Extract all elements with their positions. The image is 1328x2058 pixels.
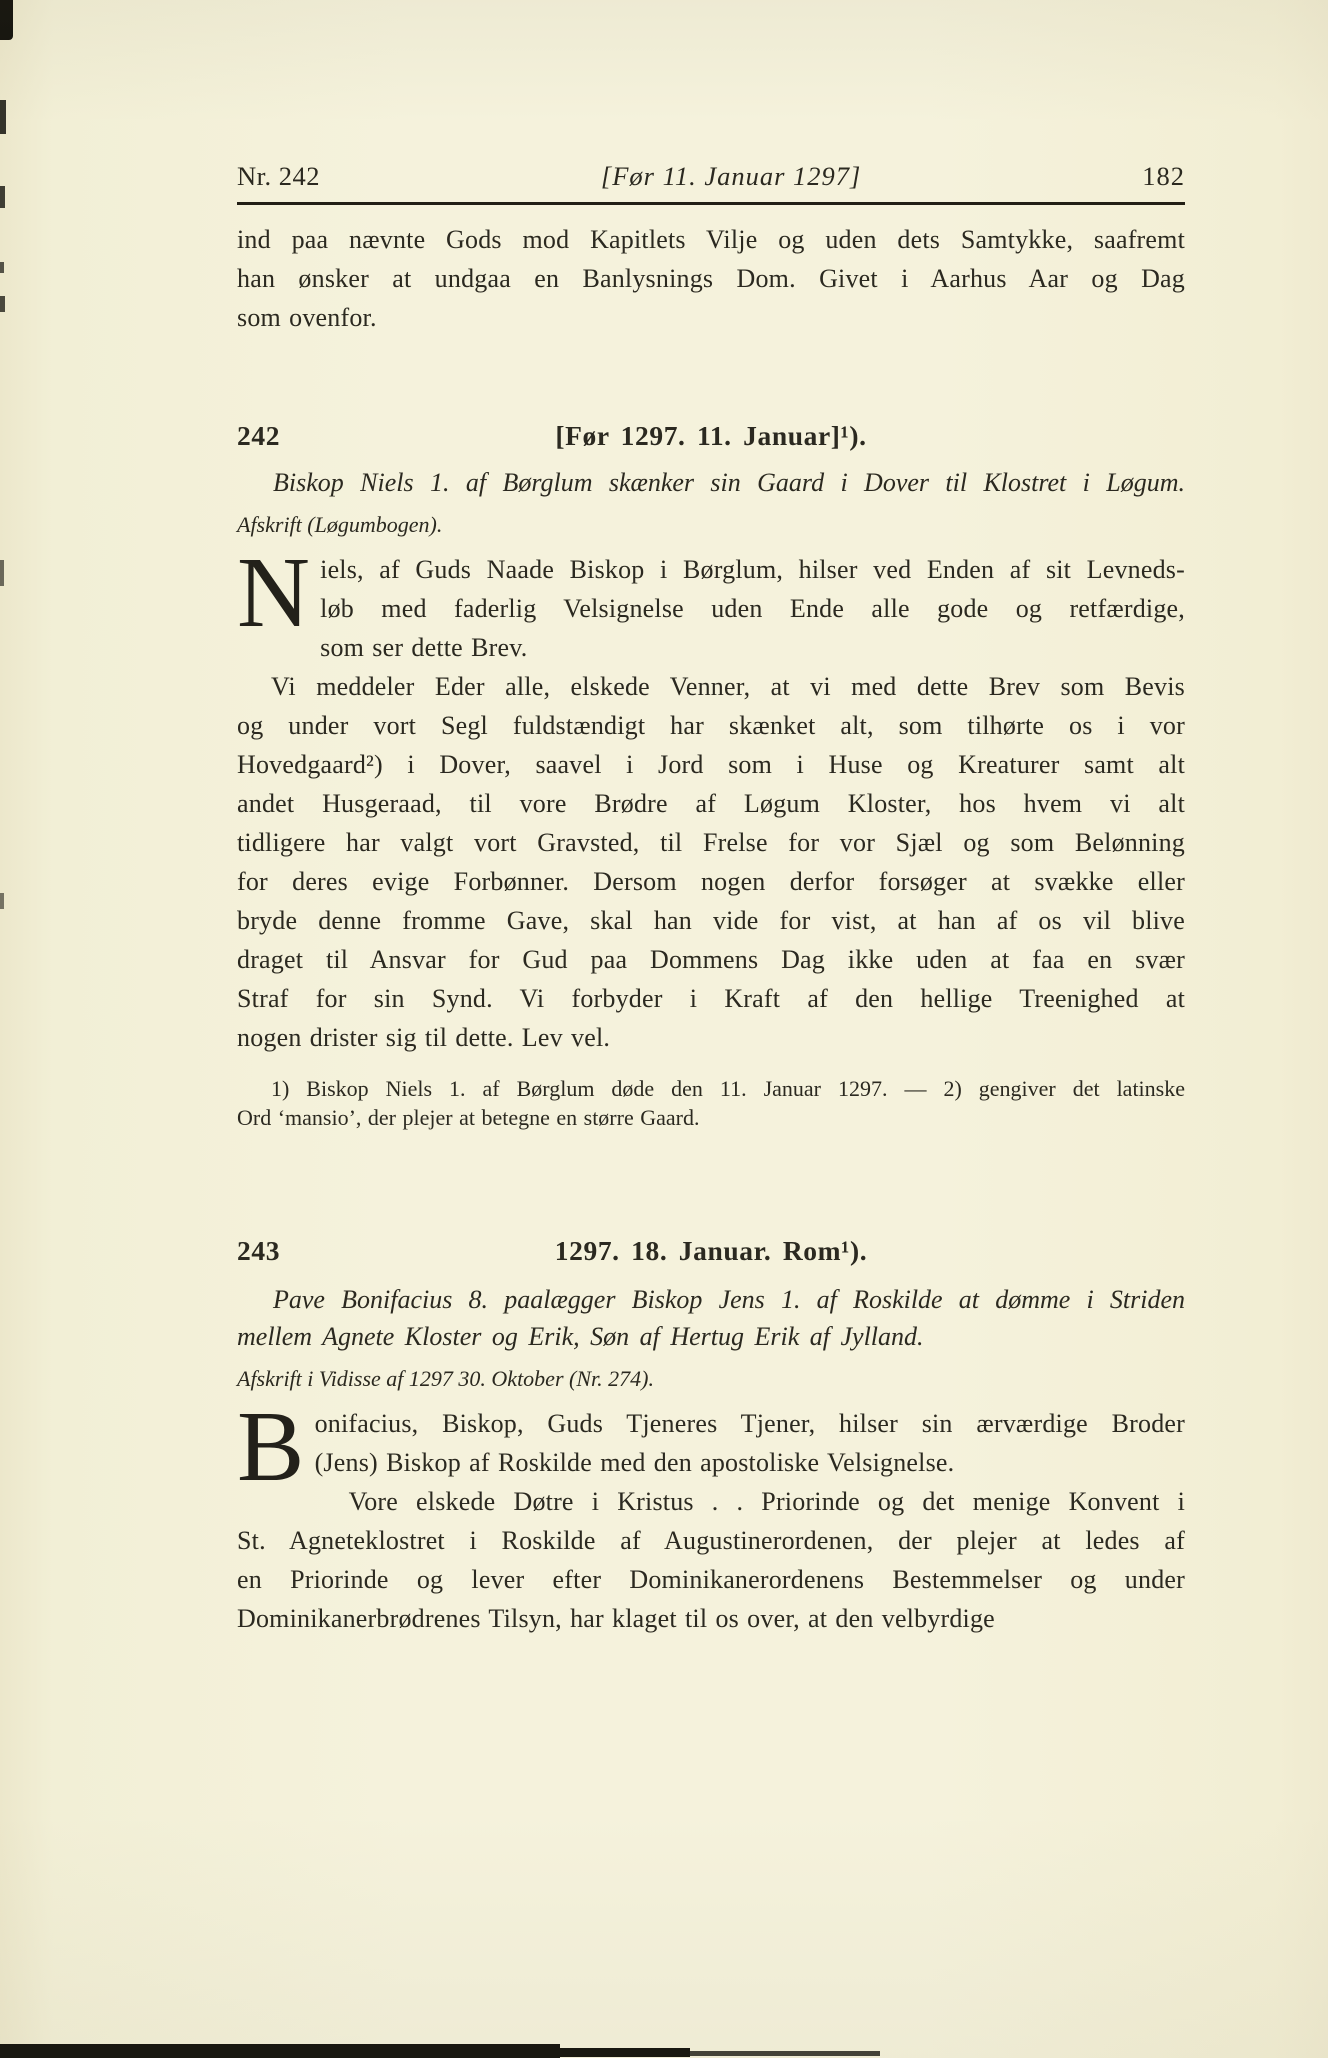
- scan-artifact-edge-mark: [0, 893, 4, 909]
- scan-artifact-edge-mark: [0, 560, 4, 586]
- text-line: Biskop Niels 1. af Børglum skænker sin G…: [237, 464, 1185, 501]
- entry-242-regest: Biskop Niels 1. af Børglum skænker sin G…: [237, 464, 1185, 501]
- text-line: en Priorinde og lever efter Dominikanero…: [237, 1560, 1185, 1599]
- text-line: for deres evige Forbønner. Dersom nogen …: [237, 862, 1185, 901]
- text-line: løb med faderlig Velsignelse uden Ende a…: [237, 589, 1185, 628]
- dropcap-initial-N: N: [237, 552, 310, 630]
- page-number: 182: [1142, 160, 1185, 192]
- text-line: Vore elskede Døtre i Kristus . . Priorin…: [237, 1482, 1185, 1521]
- text-line: onifacius, Biskop, Guds Tjeneres Tjener,…: [237, 1404, 1185, 1443]
- text-line: Vi meddeler Eder alle, elskede Venner, a…: [237, 667, 1185, 706]
- dropcap-initial-B: B: [237, 1406, 305, 1484]
- entry-242-paragraph-2: Vi meddeler Eder alle, elskede Venner, a…: [237, 667, 1185, 1057]
- scan-artifact-edge-mark: [0, 100, 6, 134]
- entry-242-footnotes: 1) Biskop Niels 1. af Børglum døde den 1…: [237, 1074, 1185, 1132]
- scan-artifact-bottom-strip: [560, 2048, 690, 2057]
- page-content: Nr. 242 [Før 11. Januar 1297] 182 ind pa…: [237, 0, 1185, 1638]
- text-line: bryde denne fromme Gave, skal han vide f…: [237, 901, 1185, 940]
- scan-artifact-corner: [0, 0, 13, 40]
- text-line: som ovenfor.: [237, 298, 1185, 337]
- text-line: St. Agneteklostret i Roskilde af Augusti…: [237, 1521, 1185, 1560]
- text-line: (Jens) Biskop af Roskilde med den aposto…: [237, 1443, 1185, 1482]
- text-line: han ønsker at undgaa en Banlysnings Dom.…: [237, 259, 1185, 298]
- paragraph-lines: onifacius, Biskop, Guds Tjeneres Tjener,…: [237, 1404, 1185, 1482]
- scan-artifact-bottom-strip: [0, 2044, 560, 2058]
- entry-243-number: 243: [237, 1231, 280, 1271]
- entry-243-heading: 243 1297. 18. Januar. Rom¹).: [237, 1231, 1185, 1271]
- text-line: og under vort Segl fuldstændigt har skæn…: [237, 706, 1185, 745]
- entry-242-source-note: Afskrift (Løgumbogen).: [237, 511, 1185, 539]
- paragraph-lines: iels, af Guds Naade Biskop i Børglum, hi…: [237, 550, 1185, 667]
- text-line: Hovedgaard²) i Dover, saavel i Jord som …: [237, 745, 1185, 784]
- running-head-entry-number: Nr. 242: [237, 160, 320, 192]
- entry-242-heading: 242 [Før 1297. 11. Januar]¹).: [237, 416, 1185, 456]
- entry-243-paragraph-1: B onifacius, Biskop, Guds Tjeneres Tjene…: [237, 1404, 1185, 1482]
- scan-artifact-bottom-strip: [690, 2051, 880, 2056]
- text-line: Ord ‘mansio’, der plejer at betegne en s…: [237, 1103, 1185, 1132]
- scan-artifact-edge-mark: [0, 296, 5, 312]
- text-line: tidligere har valgt vort Gravsted, til F…: [237, 823, 1185, 862]
- book-page-scan: Nr. 242 [Før 11. Januar 1297] 182 ind pa…: [0, 0, 1328, 2058]
- text-line: nogen drister sig til dette. Lev vel.: [237, 1018, 1185, 1057]
- entry-243-paragraph-2: Vore elskede Døtre i Kristus . . Priorin…: [237, 1482, 1185, 1638]
- text-line: andet Husgeraad, til vore Brødre af Løgu…: [237, 784, 1185, 823]
- entry-242-number: 242: [237, 416, 280, 456]
- text-line: 1) Biskop Niels 1. af Børglum døde den 1…: [237, 1074, 1185, 1103]
- text-line: Pave Bonifacius 8. paalægger Biskop Jens…: [237, 1281, 1185, 1318]
- scan-artifact-edge-mark: [0, 262, 4, 273]
- scan-artifact-edge-mark: [0, 186, 5, 208]
- text-line: som ser dette Brev.: [237, 628, 1185, 667]
- running-head-date-range: [Før 11. Januar 1297]: [320, 160, 1142, 192]
- text-line: iels, af Guds Naade Biskop i Børglum, hi…: [237, 550, 1185, 589]
- entry-242-paragraph-1: N iels, af Guds Naade Biskop i Børglum, …: [237, 550, 1185, 667]
- entry-243-regest: Pave Bonifacius 8. paalægger Biskop Jens…: [237, 1281, 1185, 1355]
- entry-243-source-note: Afskrift i Vidisse af 1297 30. Oktober (…: [237, 1365, 1185, 1393]
- carryover-paragraph: ind paa nævnte Gods mod Kapitlets Vilje …: [237, 220, 1185, 337]
- text-line: Dominikanerbrødrenes Tilsyn, har klaget …: [237, 1599, 1185, 1638]
- text-line: draget til Ansvar for Gud paa Dommens Da…: [237, 940, 1185, 979]
- text-line: mellem Agnete Kloster og Erik, Søn af He…: [237, 1318, 1185, 1355]
- header-rule: [237, 202, 1185, 205]
- text-line: ind paa nævnte Gods mod Kapitlets Vilje …: [237, 220, 1185, 259]
- entry-242-date-heading: [Før 1297. 11. Januar]¹).: [555, 420, 866, 451]
- running-head: Nr. 242 [Før 11. Januar 1297] 182: [237, 160, 1185, 192]
- text-line: Straf for sin Synd. Vi forbyder i Kraft …: [237, 979, 1185, 1018]
- entry-243-date-heading: 1297. 18. Januar. Rom¹).: [555, 1235, 867, 1266]
